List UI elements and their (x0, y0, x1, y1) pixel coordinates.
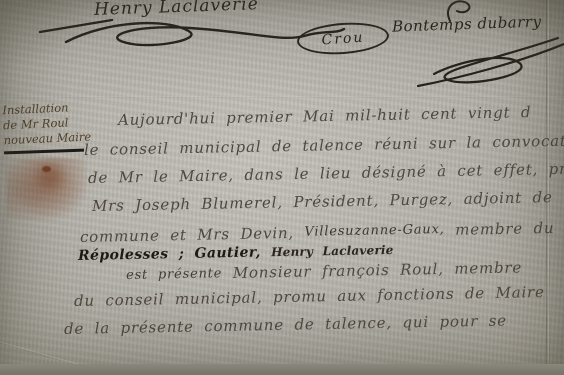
signature-crou: Crou (321, 29, 365, 48)
ink-stain-dot (42, 166, 51, 172)
margin-note-underline (4, 149, 84, 155)
body-line-6-dark: Répolesses ; Gautier, (78, 244, 261, 264)
body-line-5-start: commune et Mrs Devin, (80, 224, 294, 246)
body-line-3: de Mr le Maire, dans le lieu désigné à c… (88, 159, 564, 187)
body-line-7: est présente Monsieur françois Roul, mem… (126, 258, 522, 284)
body-line-2: le conseil municipal de talence réuni su… (84, 131, 564, 159)
manuscript-photo: Henry Laclaverie Crou Bontemps dubarry I… (0, 0, 564, 375)
body-line-5-insertion: Villesuzanne-Gaux, (304, 222, 444, 240)
body-line-9: de la présente commune de talence, qui p… (64, 311, 507, 338)
signature-flourish-icon (416, 32, 564, 90)
body-line-5-end: membre du conseil (455, 218, 564, 239)
body-line-8: du conseil municipal, promu aux fonction… (74, 283, 545, 310)
body-line-4: Mrs Joseph Blumerel, Président, Purgez, … (92, 188, 564, 215)
body-line-7-rest: Monsieur françois Roul, membre (233, 258, 523, 282)
body-line-6-addition: Henry Laclaverie (271, 243, 394, 259)
body-line-7-insertion: est présente (126, 266, 222, 283)
body-line-1: Aujourd'hui premier Mai mil-huit cent vi… (118, 103, 532, 129)
body-line-6: Répolesses ; Gautier, Henry Laclaverie (78, 242, 394, 264)
table-edge (0, 364, 564, 375)
body-line-5: commune et Mrs Devin, Villesuzanne-Gaux,… (80, 218, 564, 246)
paper-crease-horizontal (0, 96, 564, 98)
signature-flourish-icon (440, 0, 482, 22)
